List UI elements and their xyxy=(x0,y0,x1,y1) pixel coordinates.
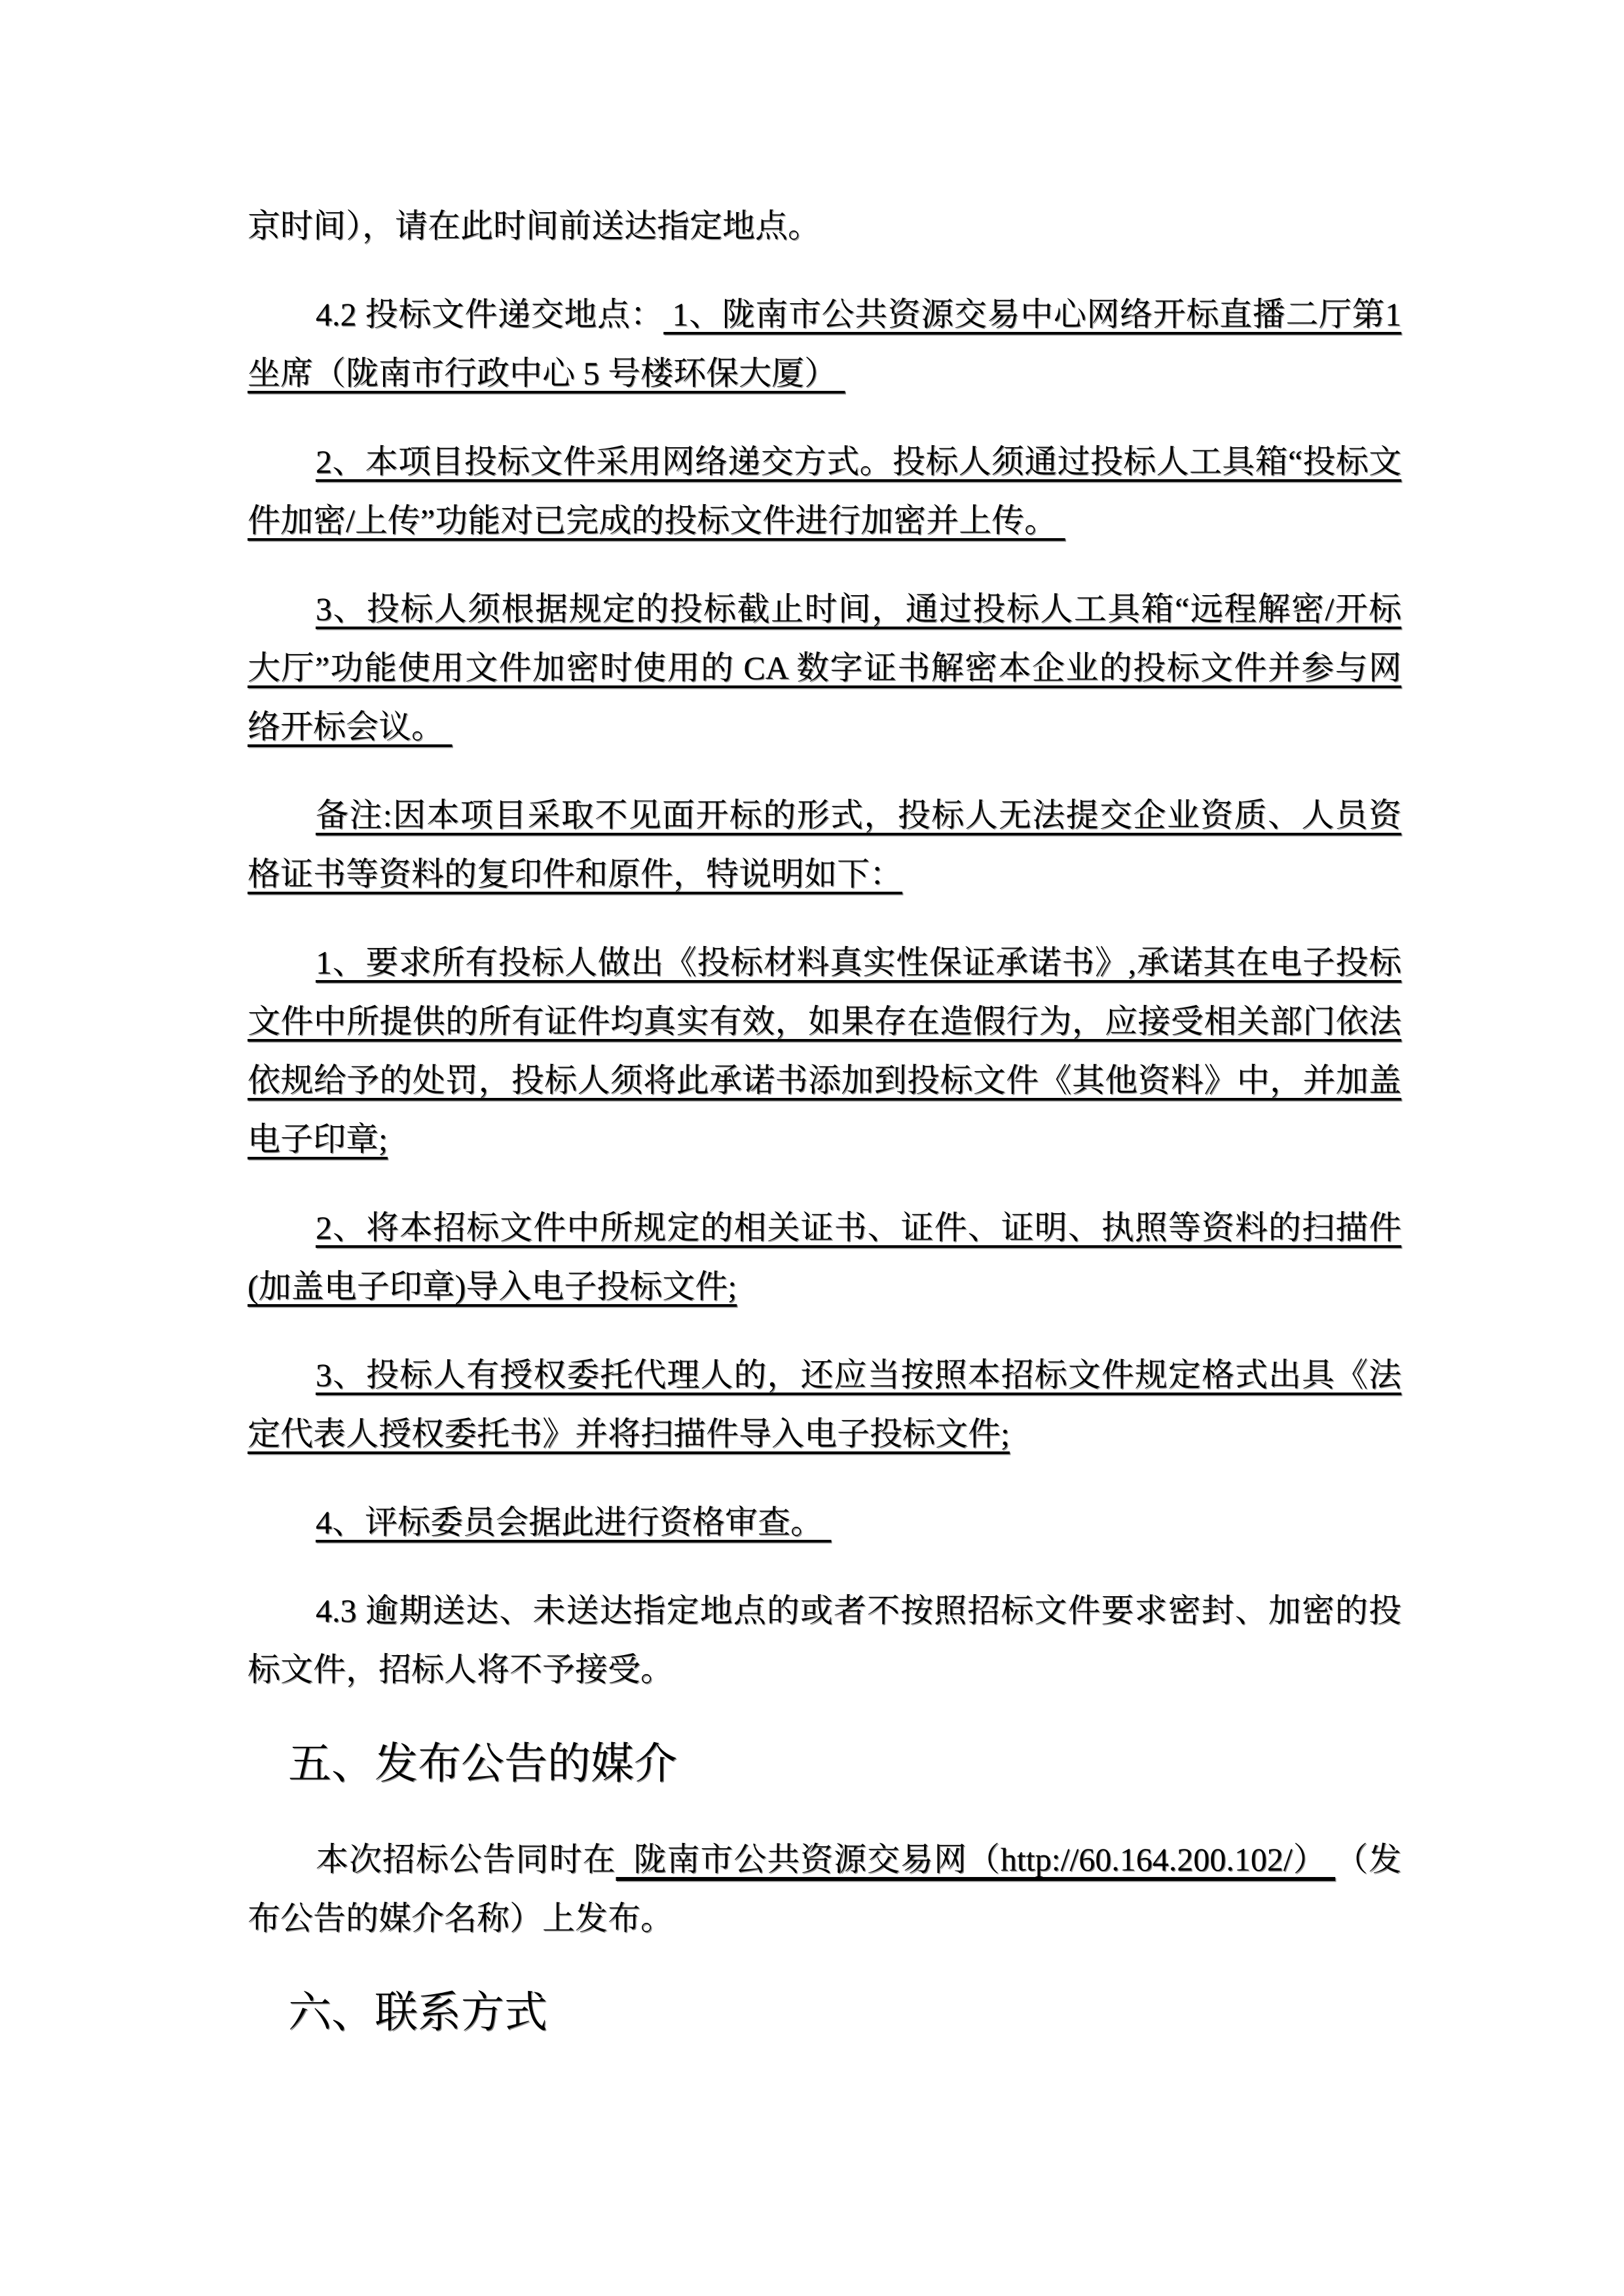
paragraph-continuation-deadline: 京时间），请在此时间前送达指定地点。 xyxy=(248,196,1401,255)
paragraph-announcement-media: 本次招标公告同时在 陇南市公共资源交易网（http://60.164.200.1… xyxy=(248,1830,1401,1948)
paragraph-item-4-qualification-review: 4、评标委员会据此进行资格审查。 xyxy=(248,1493,1401,1552)
paragraph-4-2-submission-location: 4.2 投标文件递交地点： 1、陇南市公共资源交易中心网络开标直播二厅第1 坐席… xyxy=(248,285,1401,403)
text-run-underlined: 3、投标人须根据规定的投标截止时间，通过投标人工具箱“远程解密/开标大厅”功能使… xyxy=(248,591,1401,745)
text-run-underlined-media-url: 陇南市公共资源交易网（http://60.164.200.102/） xyxy=(616,1841,1336,1878)
document-page: 京时间），请在此时间前送达指定地点。 4.2 投标文件递交地点： 1、陇南市公共… xyxy=(0,0,1624,2296)
text-run-underlined: 4、评标委员会据此进行资格审查。 xyxy=(316,1504,832,1540)
paragraph-4-3-late-delivery: 4.3 逾期送达、未送达指定地点的或者不按照招标文件要求密封、加密的投标文件，招… xyxy=(248,1581,1401,1699)
text-run-underlined: 2、本项目投标文件采用网络递交方式。投标人须通过投标人工具箱“投标文件加密/上传… xyxy=(248,443,1401,539)
text-run: 4.3 逾期送达、未送达指定地点的或者不按照招标文件要求密封、加密的投标文件，招… xyxy=(248,1592,1401,1688)
document-body: 京时间），请在此时间前送达指定地点。 4.2 投标文件递交地点： 1、陇南市公共… xyxy=(0,0,1624,2296)
paragraph-remark: 备注:因本项目采取不见面开标的形式，投标人无法提交企业资质、人员资格证书等资料的… xyxy=(248,786,1401,903)
text-run: 京时间），请在此时间前送达指定地点。 xyxy=(248,208,821,244)
paragraph-decryption-requirement: 3、投标人须根据规定的投标截止时间，通过投标人工具箱“远程解密/开标大厅”功能使… xyxy=(248,579,1401,756)
section-heading-announcement-media: 五、发布公告的媒介 xyxy=(288,1728,1401,1800)
text-run-underlined: 2、将本招标文件中所规定的相关证书、证件、证明、执照等资料的扫描件(加盖电子印章… xyxy=(248,1209,1401,1305)
paragraph-item-3-authorization: 3、投标人有授权委托代理人的，还应当按照本招标文件规定格式出具《法定代表人授权委… xyxy=(248,1345,1401,1463)
paragraph-item-1-commitment: 1、要求所有投标人做出《投标材料真实性保证承诺书》,承诺其在电子投标文件中所提供… xyxy=(248,933,1401,1169)
paragraph-item-2-scans: 2、将本招标文件中所规定的相关证书、证件、证明、执照等资料的扫描件(加盖电子印章… xyxy=(248,1198,1401,1316)
text-run: 本次招标公告同时在 xyxy=(316,1841,616,1878)
text-run: 4.2 投标文件递交地点： xyxy=(316,296,663,333)
text-run-underlined: 备注:因本项目采取不见面开标的形式，投标人无法提交企业资质、人员资格证书等资料的… xyxy=(248,797,1401,892)
text-run-underlined: 3、投标人有授权委托代理人的，还应当按照本招标文件规定格式出具《法定代表人授权委… xyxy=(248,1357,1401,1452)
text-run-underlined: 1、要求所有投标人做出《投标材料真实性保证承诺书》,承诺其在电子投标文件中所提供… xyxy=(248,944,1401,1157)
paragraph-network-submission: 2、本项目投标文件采用网络递交方式。投标人须通过投标人工具箱“投标文件加密/上传… xyxy=(248,432,1401,550)
section-heading-contact: 六、联系方式 xyxy=(288,1977,1401,2049)
